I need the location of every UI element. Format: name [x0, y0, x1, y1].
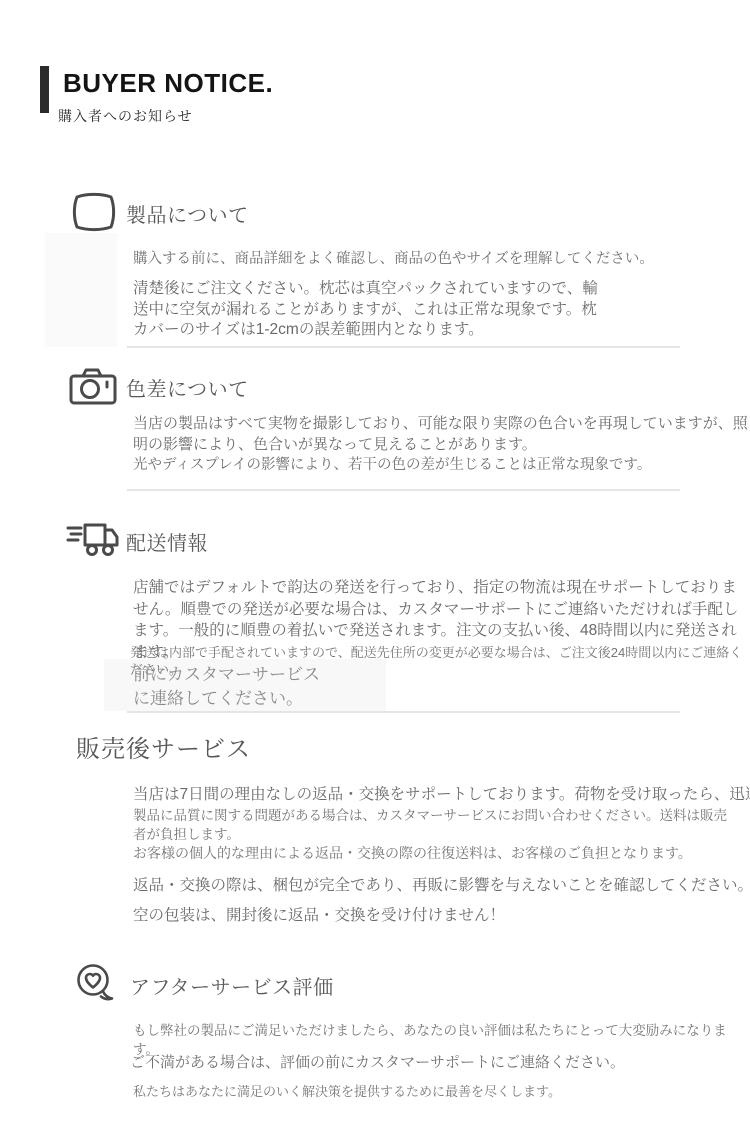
paragraph: 私たちはあなたに満足のいく解決策を提供するために最善を尽くします。 — [133, 1083, 561, 1100]
divider — [127, 346, 680, 348]
paragraph: 当店の製品はすべて実物を撮影しており、可能な限り実際の色合いを再現していますが、… — [133, 413, 750, 455]
camera-icon — [68, 366, 118, 406]
page-subtitle: 購入者へのお知らせ — [58, 106, 193, 126]
buyer-notice-page: BUYER NOTICE. 購入者へのお知らせ 製品について 購入する前に、商品… — [0, 0, 750, 1144]
divider — [127, 489, 680, 491]
paragraph: 清楚後にご注文ください。枕芯は真空パックされていますので、輸送中に空気が漏れるこ… — [133, 279, 607, 341]
section-title-shipping: 配送情報 — [126, 527, 208, 556]
page-title: BUYER NOTICE. — [63, 68, 273, 99]
overlay-artifact — [45, 233, 117, 347]
section-title-after-sales: 販売後サービス — [76, 729, 251, 764]
header-accent-bar — [40, 66, 49, 113]
section-title-review: アフターサービス評価 — [130, 971, 334, 1000]
paragraph: 前にカスタマーサービス に連絡してください。 — [133, 663, 320, 711]
paragraph: 製品に品質に関する問題がある場合は、カスタマーサービスにお問い合わせください。送… — [133, 806, 727, 844]
heart-bubble-icon — [73, 962, 119, 1004]
paragraph: ご不満がある場合は、評価の前にカスタマーサポートにご連絡ください。 — [130, 1051, 625, 1072]
truck-icon — [66, 518, 120, 560]
paragraph: 当店は7日間の理由なしの返品・交換をサポートしております。荷物を受け取ったら、迅… — [133, 782, 750, 804]
paragraph: 返品・交換の際は、梱包が完全であり、再販に影響を与えないことを確認してください。… — [133, 873, 750, 895]
pillow-icon — [70, 190, 118, 234]
paragraph: 購入する前に、商品詳細をよく確認し、商品の色やサイズを理解してください。 — [133, 250, 654, 269]
paragraph: 光やディスプレイの影響により、若干の色の差が生じることは正常な現象です。 — [133, 456, 651, 475]
divider — [127, 711, 680, 713]
section-title-color: 色差について — [126, 373, 249, 402]
section-title-product: 製品について — [126, 199, 249, 228]
paragraph: お客様の個人的な理由による返品・交換の際の往復送料は、お客様のご負担となります。 — [133, 844, 692, 863]
paragraph: 空の包装は、開封後に返品・交換を受け付けません！ — [133, 903, 505, 925]
